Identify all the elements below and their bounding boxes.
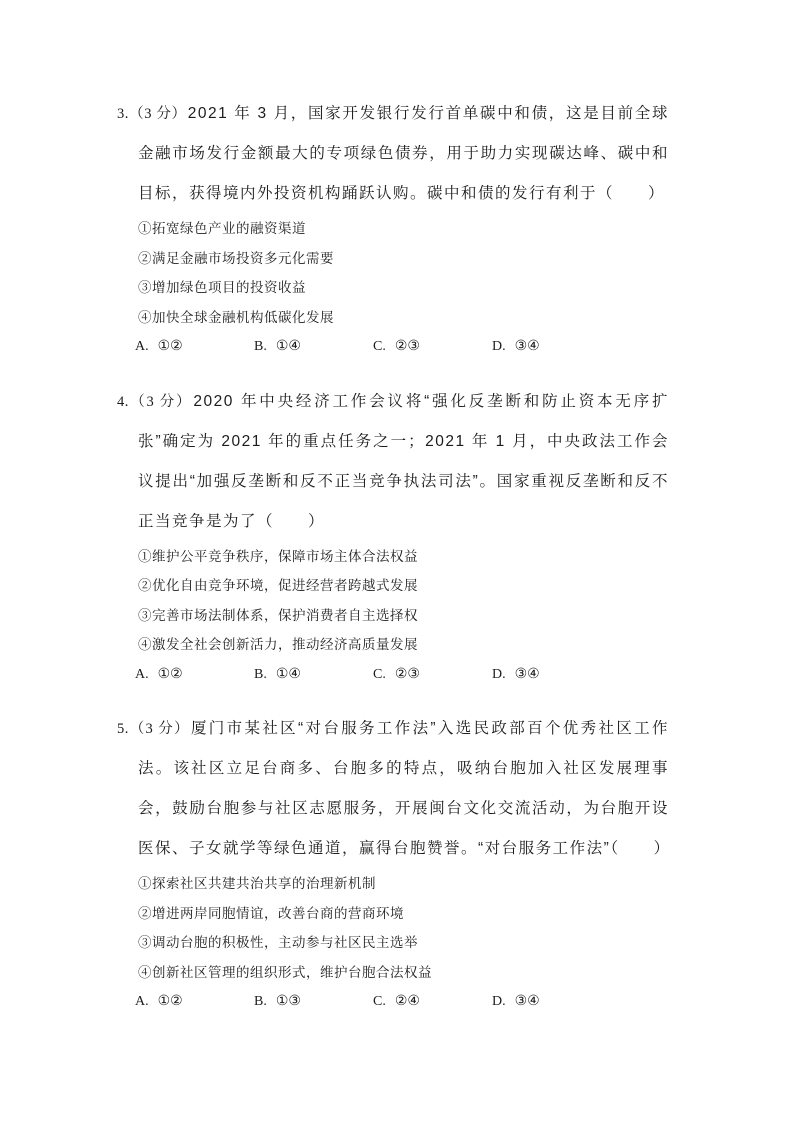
- question-5-choice-d: D.③④: [492, 987, 540, 1017]
- choice-value: ③④: [515, 339, 540, 354]
- choice-value: ③④: [515, 994, 540, 1009]
- choice-label: D.: [492, 994, 506, 1009]
- choice-value: ①③: [276, 994, 301, 1009]
- question-4: 4.（3 分）2020 年中央经济工作会议将“强化反垄断和防止资本无序扩张”确定…: [117, 382, 669, 690]
- question-5-option-3: ③调动台胞的积极性，主动参与社区民主选举: [138, 928, 669, 958]
- choice-value: ①④: [276, 667, 301, 682]
- question-4-stem: 4.（3 分）2020 年中央经济工作会议将“强化反垄断和防止资本无序扩张”确定…: [117, 382, 669, 542]
- question-3-number: 3.: [117, 106, 129, 122]
- question-3: 3.（3 分）2021 年 3 月，国家开发银行发行首单碳中和债，这是目前全球金…: [117, 94, 669, 362]
- question-5-text: 厦门市某社区“对台服务工作法”入选民政部百个优秀社区工作法。该社区立足台商多、台…: [138, 720, 671, 857]
- question-4-option-2: ②优化自由竞争环境，促进经营者跨越式发展: [138, 571, 669, 601]
- choice-value: ②③: [395, 667, 420, 682]
- question-4-choice-d: D.③④: [492, 660, 540, 690]
- choice-label: C.: [373, 667, 386, 682]
- question-4-option-3: ③完善市场法制体系，保护消费者自主选择权: [138, 601, 669, 631]
- question-5-number: 5.: [117, 721, 129, 737]
- question-4-points: （3 分）: [129, 394, 192, 410]
- choice-label: B.: [254, 667, 267, 682]
- question-5-option-1: ①探索社区共建共治共享的治理新机制: [138, 869, 669, 899]
- choice-label: B.: [254, 994, 267, 1009]
- question-4-option-4: ④激发全社会创新活力，推动经济高质量发展: [138, 630, 669, 660]
- question-3-choices: A.①② B.①④ C.②③ D.③④: [117, 332, 669, 362]
- question-3-option-2: ②满足金融市场投资多元化需要: [138, 244, 669, 274]
- question-4-options: ①维护公平竞争秩序，保障市场主体合法权益 ②优化自由竞争环境，促进经营者跨越式发…: [117, 542, 669, 660]
- question-3-text: 2021 年 3 月，国家开发银行发行首单碳中和债，这是目前全球金融市场发行金额…: [138, 105, 669, 202]
- question-3-option-4: ④加快全球金融机构低碳化发展: [138, 303, 669, 333]
- choice-label: D.: [492, 339, 506, 354]
- choice-label: B.: [254, 339, 267, 354]
- question-4-choice-b: B.①④: [254, 660, 373, 690]
- choice-label: C.: [373, 339, 386, 354]
- question-3-options: ①拓宽绿色产业的融资渠道 ②满足金融市场投资多元化需要 ③增加绿色项目的投资收益…: [117, 214, 669, 332]
- question-5-stem: 5.（3 分）厦门市某社区“对台服务工作法”入选民政部百个优秀社区工作法。该社区…: [117, 709, 669, 869]
- question-4-number: 4.: [117, 394, 129, 410]
- question-3-choice-c: C.②③: [373, 332, 492, 362]
- question-5-choice-a: A.①②: [135, 987, 254, 1017]
- question-4-choice-a: A.①②: [135, 660, 254, 690]
- question-5-option-4: ④创新社区管理的组织形式，维护台胞合法权益: [138, 958, 669, 988]
- question-5-options: ①探索社区共建共治共享的治理新机制 ②增进两岸同胞情谊，改善台商的营商环境 ③调…: [117, 869, 669, 987]
- question-3-choice-b: B.①④: [254, 332, 373, 362]
- choice-label: A.: [135, 667, 149, 682]
- question-3-option-1: ①拓宽绿色产业的融资渠道: [138, 214, 669, 244]
- question-5-points: （3 分）: [129, 721, 190, 737]
- choice-label: D.: [492, 667, 506, 682]
- question-5: 5.（3 分）厦门市某社区“对台服务工作法”入选民政部百个优秀社区工作法。该社区…: [117, 709, 669, 1017]
- exam-page: 3.（3 分）2021 年 3 月，国家开发银行发行首单碳中和债，这是目前全球金…: [0, 0, 793, 1122]
- question-5-option-2: ②增进两岸同胞情谊，改善台商的营商环境: [138, 899, 669, 929]
- question-4-choices: A.①② B.①④ C.②③ D.③④: [117, 660, 669, 690]
- question-3-choice-d: D.③④: [492, 332, 540, 362]
- question-3-choice-a: A.①②: [135, 332, 254, 362]
- question-3-points: （3 分）: [129, 106, 187, 122]
- choice-value: ①④: [276, 339, 301, 354]
- question-4-choice-c: C.②③: [373, 660, 492, 690]
- choice-value: ③④: [515, 667, 540, 682]
- question-3-option-3: ③增加绿色项目的投资收益: [138, 273, 669, 303]
- question-3-stem: 3.（3 分）2021 年 3 月，国家开发银行发行首单碳中和债，这是目前全球金…: [117, 94, 669, 214]
- question-5-choice-b: B.①③: [254, 987, 373, 1017]
- question-4-option-1: ①维护公平竞争秩序，保障市场主体合法权益: [138, 542, 669, 572]
- choice-value: ②③: [395, 339, 420, 354]
- question-4-text: 2020 年中央经济工作会议将“强化反垄断和防止资本无序扩张”确定为 2021 …: [138, 393, 669, 530]
- question-5-choice-c: C.②④: [373, 987, 492, 1017]
- choice-value: ①②: [158, 339, 183, 354]
- choice-value: ①②: [158, 667, 183, 682]
- choice-label: A.: [135, 339, 149, 354]
- choice-label: A.: [135, 994, 149, 1009]
- choice-label: C.: [373, 994, 386, 1009]
- choice-value: ①②: [158, 994, 183, 1009]
- question-5-choices: A.①② B.①③ C.②④ D.③④: [117, 987, 669, 1017]
- choice-value: ②④: [395, 994, 420, 1009]
